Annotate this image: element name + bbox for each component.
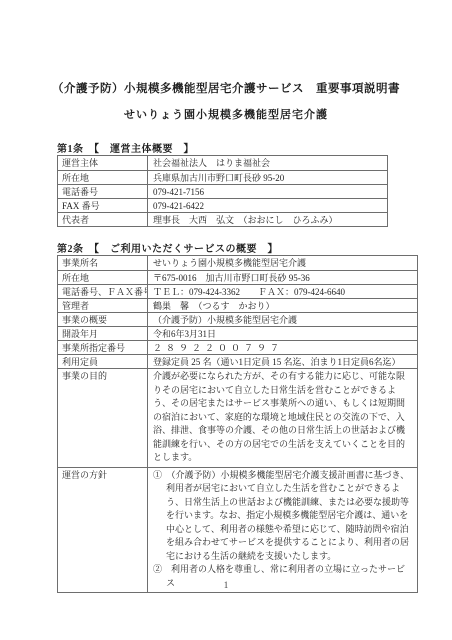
table-row: 管理者 鶴巣 馨 （つるす かおり） (58, 298, 417, 312)
table-row: 開設年月 令和6年3月31日 (58, 326, 417, 340)
row-value: 兵庫県加古川市野口町長砂 95-20 (148, 171, 387, 184)
row-value: （介護予防）小規模多能型居宅介護 (148, 313, 417, 326)
table-row: 所在地 兵庫県加古川市野口町長砂 95-20 (58, 170, 387, 184)
table-row: 電話番号、ＦＡＸ番号 ＴＥＬ：079-424-3362 ＦＡＸ：079-424-… (58, 284, 417, 298)
row-label: 代表者 (58, 213, 148, 226)
row-label: FAX 番号 (58, 199, 148, 212)
row-label: 所在地 (58, 271, 148, 284)
table-row: 事業の概要 （介護予防）小規模多能型居宅介護 (58, 312, 417, 326)
service-overview-table: 事業所名 せいりょう園小規模多機能型居宅介護 所在地 〒675-0016 加古川… (57, 255, 418, 593)
row-value: 介護が必要になられた方が、その有する能力に応じ、可能な限りその居宅において自立し… (148, 369, 417, 467)
page-number: 1 (0, 580, 452, 590)
row-label: 利用定員 (58, 355, 148, 368)
table-row: 利用定員 登録定員 25 名（通い1日定員 15 名迄、泊まり1日定員6名迄） (58, 354, 417, 368)
row-value: 登録定員 25 名（通い1日定員 15 名迄、泊まり1日定員6名迄） (148, 355, 417, 368)
table-row: 事業所名 せいりょう園小規模多機能型居宅介護 (58, 256, 417, 270)
row-label: 管理者 (58, 299, 148, 312)
row-value: 理事長 大西 弘文 （おおにし ひろふみ） (148, 213, 387, 226)
row-value: ① （介護予防）小規模多機能型居宅介護支援計画書に基づき、利用者が居宅において自… (148, 468, 417, 593)
row-value: 079-421-7156 (148, 185, 387, 198)
section2-heading: 第2条 【 ご利用いただくサービスの概要 】 (57, 240, 278, 255)
table-row: 代表者 理事長 大西 弘文 （おおにし ひろふみ） (58, 212, 387, 226)
table-row: 運営の方針 ① （介護予防）小規模多機能型居宅介護支援計画書に基づき、利用者が居… (58, 467, 417, 593)
row-label: 事業所名 (58, 256, 148, 270)
row-label: 開設年月 (58, 327, 148, 340)
row-label: 運営の方針 (58, 468, 148, 593)
table-row: 電話番号 079-421-7156 (58, 184, 387, 198)
row-value: ＴＥＬ：079-424-3362 ＦＡＸ：079-424-6640 (148, 285, 417, 298)
section1-heading: 第1条 【 運営主体概要 】 (57, 140, 194, 155)
row-label: 電話番号、ＦＡＸ番号 (58, 285, 148, 298)
row-value: 令和6年3月31日 (148, 327, 417, 340)
row-value: せいりょう園小規模多機能型居宅介護 (148, 256, 417, 270)
document-subtitle: せいりょう園小規模多機能型居宅介護 (0, 106, 452, 122)
operator-overview-table: 運営主体 社会福祉法人 はりま福祉会 所在地 兵庫県加古川市野口町長砂 95-2… (57, 155, 388, 227)
document-title: （介護予防）小規模多機能型居宅介護サービス 重要事項説明書 (0, 80, 452, 96)
row-label: 事業所指定番号 (58, 341, 148, 354)
table-row: 事業の目的 介護が必要になられた方が、その有する能力に応じ、可能な限りその居宅に… (58, 368, 417, 467)
row-value: 社会福祉法人 はりま福祉会 (148, 156, 387, 170)
table-row: 運営主体 社会福祉法人 はりま福祉会 (58, 156, 387, 170)
document-page: （介護予防）小規模多機能型居宅介護サービス 重要事項説明書 せいりょう園小規模多… (0, 0, 452, 640)
row-label: 電話番号 (58, 185, 148, 198)
row-label: 所在地 (58, 171, 148, 184)
row-value: 〒675-0016 加古川市野口町長砂 95-36 (148, 271, 417, 284)
row-label: 運営主体 (58, 156, 148, 170)
row-value: 鶴巣 馨 （つるす かおり） (148, 299, 417, 312)
row-label: 事業の概要 (58, 313, 148, 326)
table-row: 所在地 〒675-0016 加古川市野口町長砂 95-36 (58, 270, 417, 284)
policy-item-1: ① （介護予防）小規模多機能型居宅介護支援計画書に基づき、利用者が居宅において自… (153, 469, 413, 564)
row-label: 事業の目的 (58, 369, 148, 467)
table-row: 事業所指定番号 ２８９２２００７９７ (58, 340, 417, 354)
table-row: FAX 番号 079-421-6422 (58, 198, 387, 212)
row-value: ２８９２２００７９７ (148, 341, 417, 354)
row-value: 079-421-6422 (148, 199, 387, 212)
